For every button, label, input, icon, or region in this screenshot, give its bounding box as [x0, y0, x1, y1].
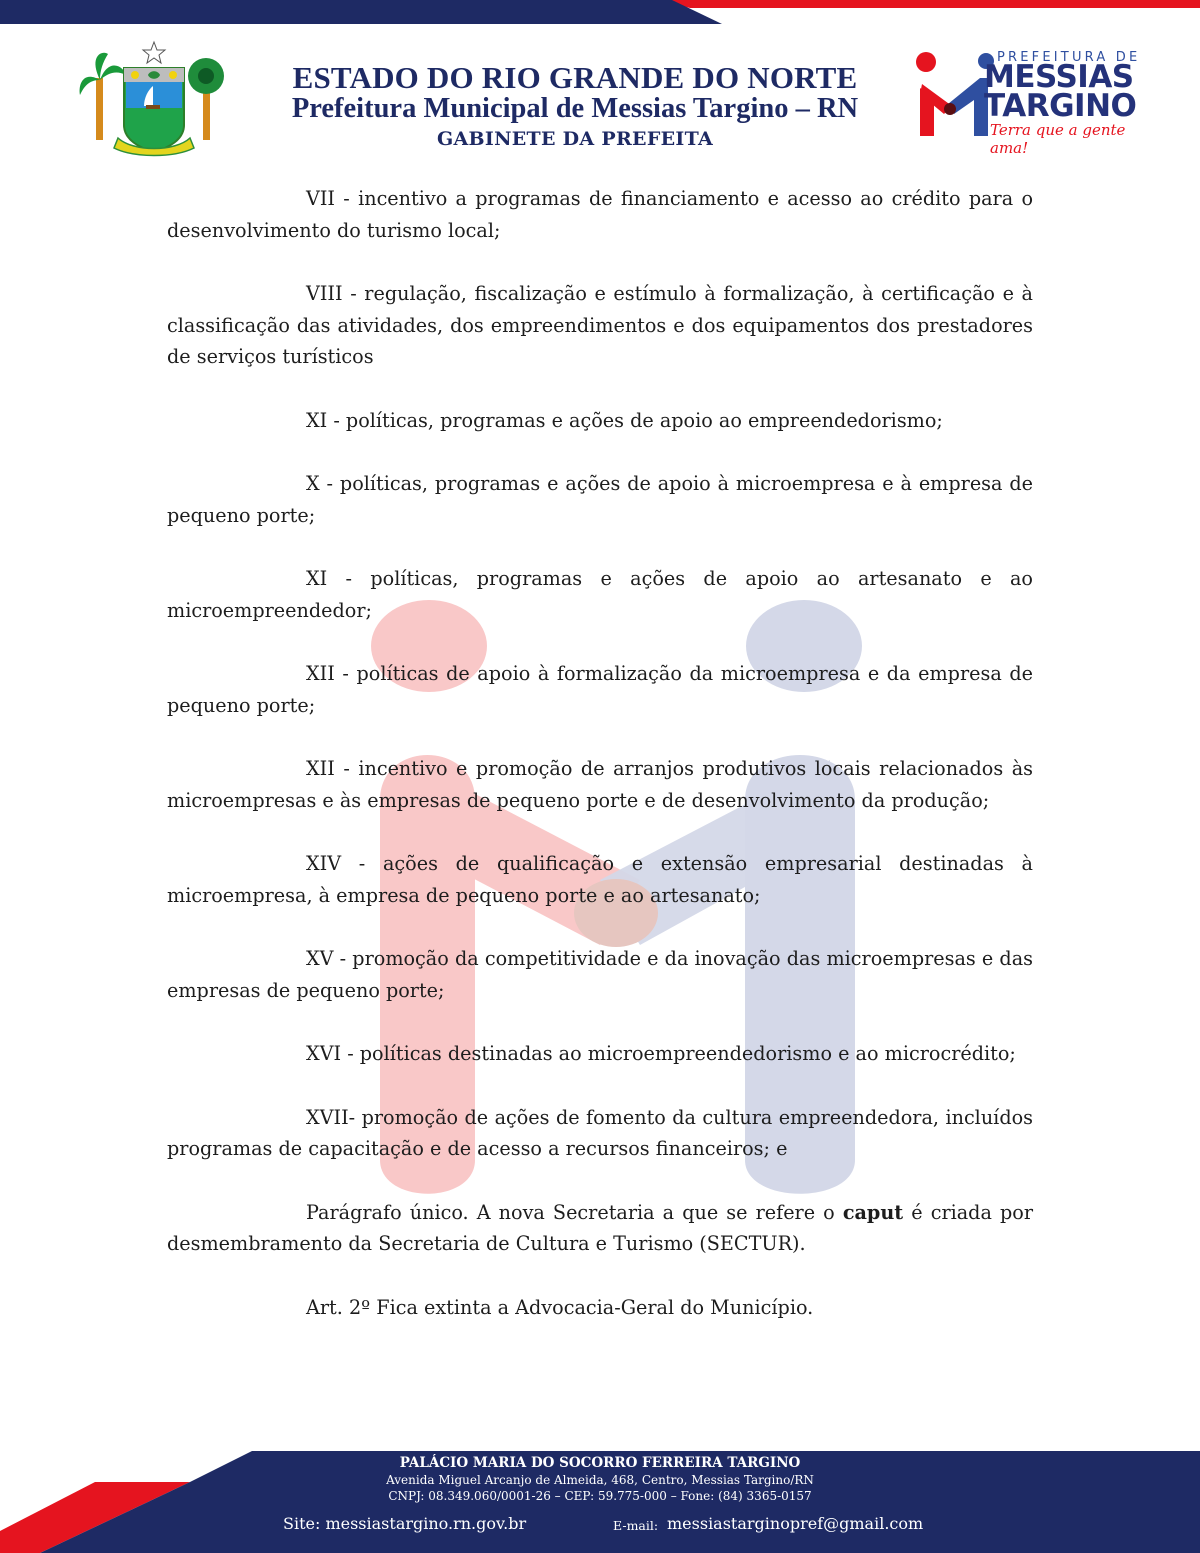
state-title: ESTADO DO RIO GRANDE DO NORTE — [250, 62, 900, 94]
rn-state-coat-of-arms-icon — [78, 40, 230, 158]
footer-palace-name: PALÁCIO MARIA DO SOCORRO FERREIRA TARGIN… — [250, 1455, 950, 1472]
document-body: VII - incentivo a programas de financiam… — [167, 183, 1033, 1355]
brand-slogan: Terra que a gente ama! — [990, 121, 1162, 157]
prefecture-title: Prefeitura Municipal de Messias Targino … — [250, 94, 900, 124]
footer-cnpj-cep-phone: CNPJ: 08.349.060/0001-26 – CEP: 59.775-0… — [250, 1488, 950, 1504]
paragraph-item-formalization: XII - políticas de apoio à formalização … — [167, 658, 1033, 721]
paragraph-item-xv: XV - promoção da competitividade e da in… — [167, 943, 1033, 1006]
paragraph-item-xvii: XVII- promoção de ações de fomento da cu… — [167, 1102, 1033, 1165]
paragraph-unique: Parágrafo único. A nova Secretaria a que… — [167, 1197, 1033, 1260]
brand-name-line2: TARGINO — [984, 90, 1136, 122]
paragraph-item-x: X - políticas, programas e ações de apoi… — [167, 468, 1033, 531]
caput-term: caput — [843, 1201, 903, 1224]
footer-info: PALÁCIO MARIA DO SOCORRO FERREIRA TARGIN… — [250, 1455, 950, 1504]
paragraph-item-crafts: XI - políticas, programas e ações de apo… — [167, 563, 1033, 626]
paragraph-item-xvi: XVI - políticas destinadas ao microempre… — [167, 1038, 1033, 1070]
paragraph-unique-text-before: Parágrafo único. A nova Secretaria a que… — [306, 1201, 843, 1224]
footer-site-link[interactable]: Site: messiastargino.rn.gov.br — [283, 1514, 526, 1533]
paragraph-item-vii: VII - incentivo a programas de financiam… — [167, 183, 1033, 246]
footer-email-link[interactable]: messiastarginopref@gmail.com — [667, 1514, 923, 1533]
footer-email-label: E-mail: — [613, 1518, 658, 1533]
cabinet-title: GABINETE DA PREFEITA — [250, 126, 900, 152]
messias-targino-brand-logo: PREFEITURA DE MESSIAS TARGINO Terra que … — [912, 48, 1162, 148]
paragraph-item-viii: VIII - regulação, fiscalização e estímul… — [167, 278, 1033, 373]
top-banner-decoration — [0, 0, 1200, 26]
paragraph-item-local-arrangements: XII - incentivo e promoção de arranjos p… — [167, 753, 1033, 816]
footer-address: Avenida Miguel Arcanjo de Almeida, 468, … — [250, 1472, 950, 1488]
header-titles: ESTADO DO RIO GRANDE DO NORTE Prefeitura… — [250, 62, 900, 152]
paragraph-item-entrepreneurship: XI - políticas, programas e ações de apo… — [167, 405, 1033, 437]
article-2: Art. 2º Fica extinta a Advocacia-Geral d… — [167, 1292, 1033, 1324]
paragraph-item-xiv: XIV - ações de qualificação e extensão e… — [167, 848, 1033, 911]
